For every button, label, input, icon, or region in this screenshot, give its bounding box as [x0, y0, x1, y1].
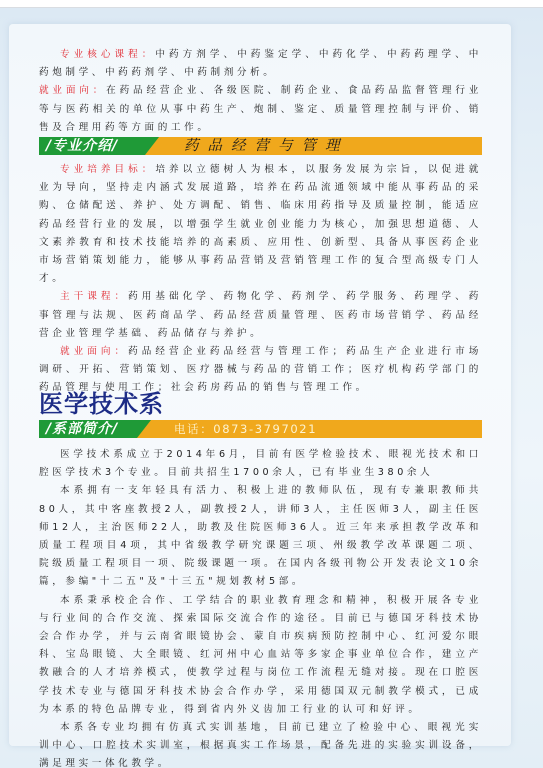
employment-paragraph: 就业面向：在药品经营企业、各级医院、制药企业、食品药品监督管理行业等与医药相关的… [39, 82, 482, 137]
training-goal-text: 培养以立德树人为根本，以服务发展为宗旨，以促进就业为导向，坚持走内涵式发展道路，… [39, 164, 482, 284]
employment-label: 就业面向： [39, 85, 106, 96]
faculty-paragraph: 本系拥有一支年轻具有活力、积极上进的教师队伍，现有专兼职教师共80人，其中客座教… [39, 482, 482, 591]
training-base-paragraph: 本系各专业均拥有仿真式实训基地，目前已建立了检验中心、眼视光实训中心、口腔技术实… [39, 719, 482, 768]
training-goal-paragraph: 专业培养目标：培养以立德树人为根本，以服务发展为宗旨，以促进就业为导向，坚持走内… [39, 161, 482, 288]
banner-tag: /专业介绍/ [46, 137, 118, 155]
section-department-intro: 医学技术系成立于2014年6月，目前有医学检验技术、眼视光技术和口腔医学技术3个… [39, 446, 482, 768]
banner-tag: /系部简介/ [46, 420, 118, 438]
page-top-edge [0, 0, 543, 8]
cooperation-paragraph: 本系秉承校企合作、工学结合的职业教育理念和精神，积极开展各专业与行业间的合作交流… [39, 592, 482, 719]
employment-text: 在药品经营企业、各级医院、制药企业、食品药品监督管理行业等与医药相关的单位从事中… [39, 85, 482, 132]
main-courses-paragraph: 主干课程：药用基础化学、药物化学、药剂学、药学服务、药理学、药事管理与法规、医药… [39, 288, 482, 343]
training-goal-label: 专业培养目标： [60, 164, 155, 175]
core-courses-label: 专业核心课程： [60, 49, 155, 60]
section-pharma-management: 专业培养目标：培养以立德树人为根本，以服务发展为宗旨，以促进就业为导向，坚持走内… [39, 161, 482, 398]
major-title: 药品经营与管理 [184, 137, 349, 155]
intro-paragraph: 医学技术系成立于2014年6月，目前有医学检验技术、眼视光技术和口腔医学技术3个… [39, 446, 482, 482]
major-intro-banner: /专业介绍/ 药品经营与管理 [39, 137, 482, 155]
department-intro-banner: /系部简介/ 电话：0873-3797021 [39, 420, 482, 438]
core-courses-paragraph: 专业核心课程：中药方剂学、中药鉴定学、中药化学、中药药理学、中药炮制学、中药药剂… [39, 46, 482, 82]
section-tcm-text: 专业核心课程：中药方剂学、中药鉴定学、中药化学、中药药理学、中药炮制学、中药药剂… [39, 46, 482, 137]
department-title: 医学技术系 [39, 389, 164, 419]
phone-number: 电话：0873-3797021 [174, 420, 317, 438]
employment-label-2: 就业面向： [60, 346, 128, 357]
main-courses-label: 主干课程： [60, 291, 128, 302]
